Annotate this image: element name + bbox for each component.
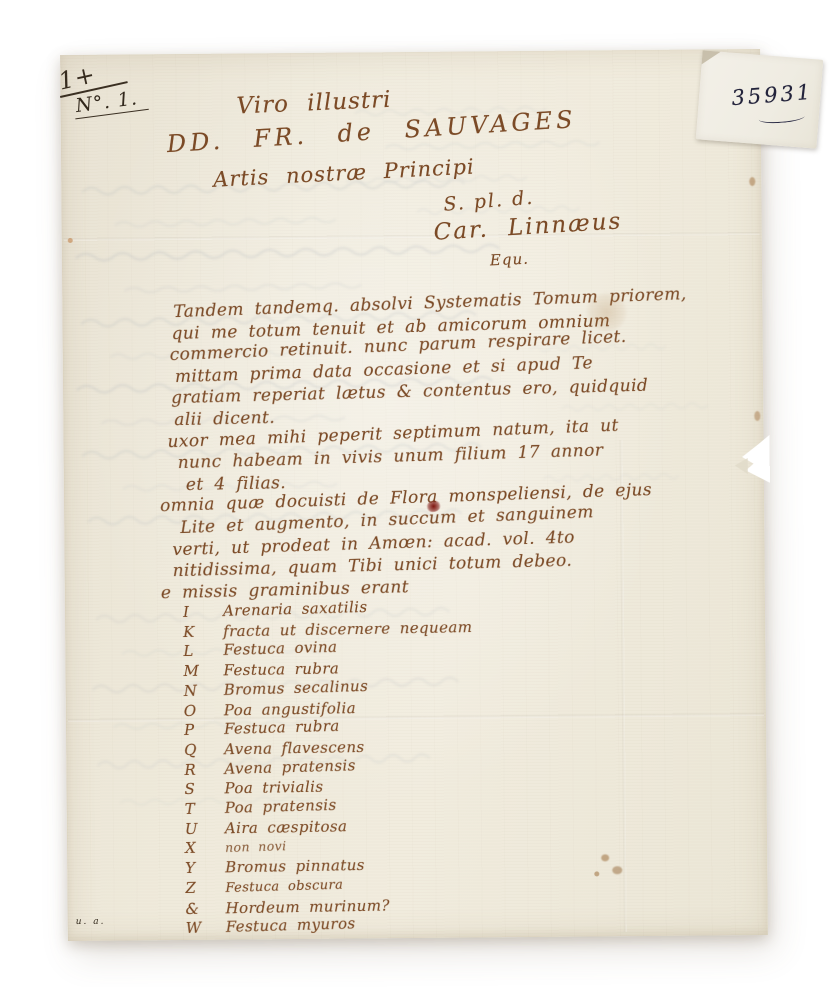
paper-stain <box>612 866 622 874</box>
letter-body: Tandem tandemq. absolvi Systematis Tomum… <box>158 297 761 605</box>
list-key: K <box>183 622 211 642</box>
paper-stain <box>68 238 73 243</box>
list-species: Festuca ovina <box>223 638 338 661</box>
inventory-number: 35931 <box>731 80 814 110</box>
photo-background: 1+ N°. 1. Viro illustri DD. FR. de SAUVA… <box>0 0 840 987</box>
bottom-left-mark: u. a. <box>76 917 106 927</box>
list-species: non novi <box>225 837 287 858</box>
list-key: U <box>185 819 213 839</box>
list-key: W <box>186 918 215 938</box>
list-species: Avena pratensis <box>224 756 356 779</box>
paper-stain <box>601 854 609 861</box>
fold-crease-upper <box>64 232 760 241</box>
list-key: S <box>184 780 212 800</box>
list-key: X <box>185 839 214 859</box>
list-key: I <box>183 602 212 622</box>
list-species: Festuca rubra <box>224 717 340 740</box>
list-key: M <box>183 662 211 682</box>
list-species: Poa pratensis <box>224 796 336 819</box>
list-key: L <box>183 642 212 662</box>
heading-addressee-title: Artis nostræ Principi <box>213 155 476 192</box>
list-key: Y <box>185 859 213 879</box>
list-key: T <box>184 799 213 819</box>
inventory-number-flourish <box>758 111 805 125</box>
inventory-sticker: 35931 <box>696 50 824 148</box>
list-species: Bromus secalinus <box>223 677 368 701</box>
list-key: & <box>185 899 213 919</box>
list-key: N <box>183 681 212 701</box>
list-key: R <box>184 760 213 780</box>
grass-list: IArenaria saxatilis Kfracta ut discerner… <box>183 600 475 938</box>
heading-honorific: Viro illustri <box>236 87 392 120</box>
paper-stain <box>749 177 755 186</box>
heading-signature-title: Equ. <box>490 250 530 270</box>
letter-sheet: 1+ N°. 1. Viro illustri DD. FR. de SAUVA… <box>60 49 768 941</box>
list-species: Festuca myuros <box>225 915 355 938</box>
list-key: O <box>184 701 212 721</box>
list-species: Festuca obscura <box>225 875 343 898</box>
paper-stain <box>594 871 599 876</box>
list-key: P <box>184 720 213 740</box>
list-species: Arenaria saxatilis <box>223 598 368 622</box>
list-key: Z <box>185 878 214 898</box>
heading-salutation: S. pl. d. <box>443 187 535 216</box>
list-key: Q <box>184 740 212 760</box>
